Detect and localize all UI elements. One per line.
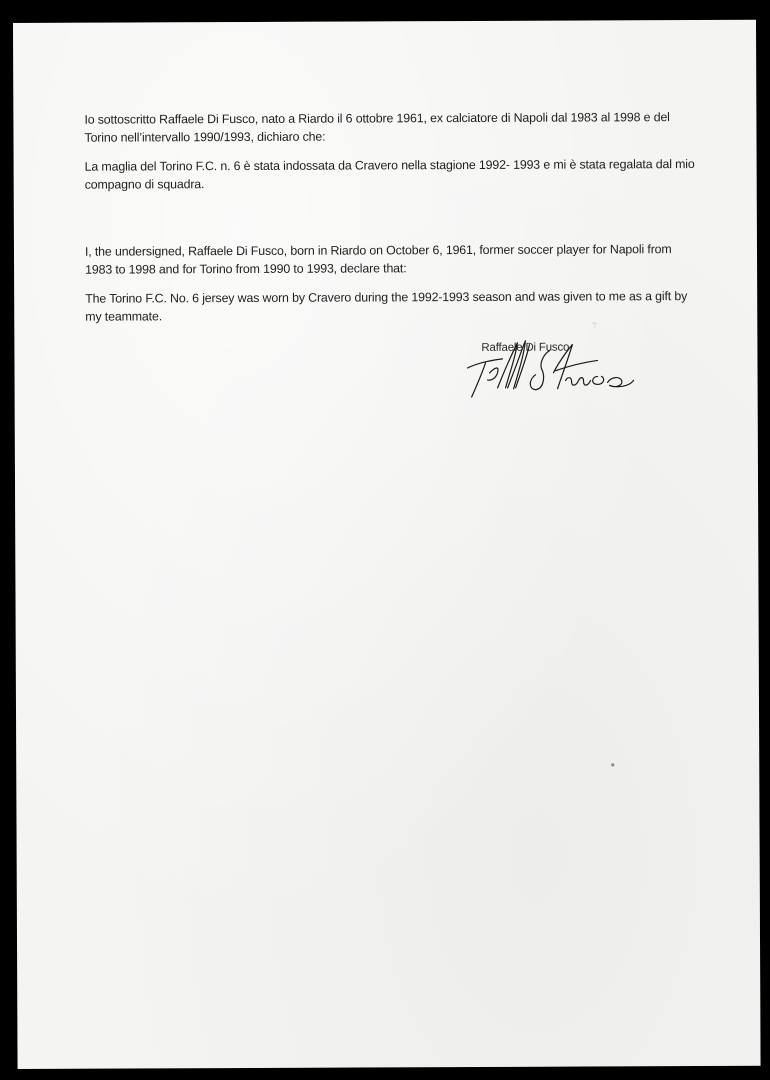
paper-speck	[611, 763, 614, 766]
italian-paragraph-statement: La maglia del Torino F.C. n. 6 è stata i…	[85, 155, 695, 194]
faint-mark: ⊤	[591, 323, 597, 329]
document-page: Io sottoscritto Raffaele Di Fusco, nato …	[13, 20, 761, 1069]
english-declaration: I, the undersigned, Raffaele Di Fusco, b…	[85, 240, 695, 337]
english-paragraph-intro: I, the undersigned, Raffaele Di Fusco, b…	[85, 240, 695, 279]
italian-declaration: Io sottoscritto Raffaele Di Fusco, nato …	[84, 108, 694, 205]
signature-block: Raffaele Di Fusco	[457, 332, 647, 403]
handwritten-signature-icon	[457, 332, 647, 403]
english-paragraph-statement: The Torino F.C. No. 6 jersey was worn by…	[85, 287, 695, 326]
italian-paragraph-intro: Io sottoscritto Raffaele Di Fusco, nato …	[84, 108, 694, 147]
